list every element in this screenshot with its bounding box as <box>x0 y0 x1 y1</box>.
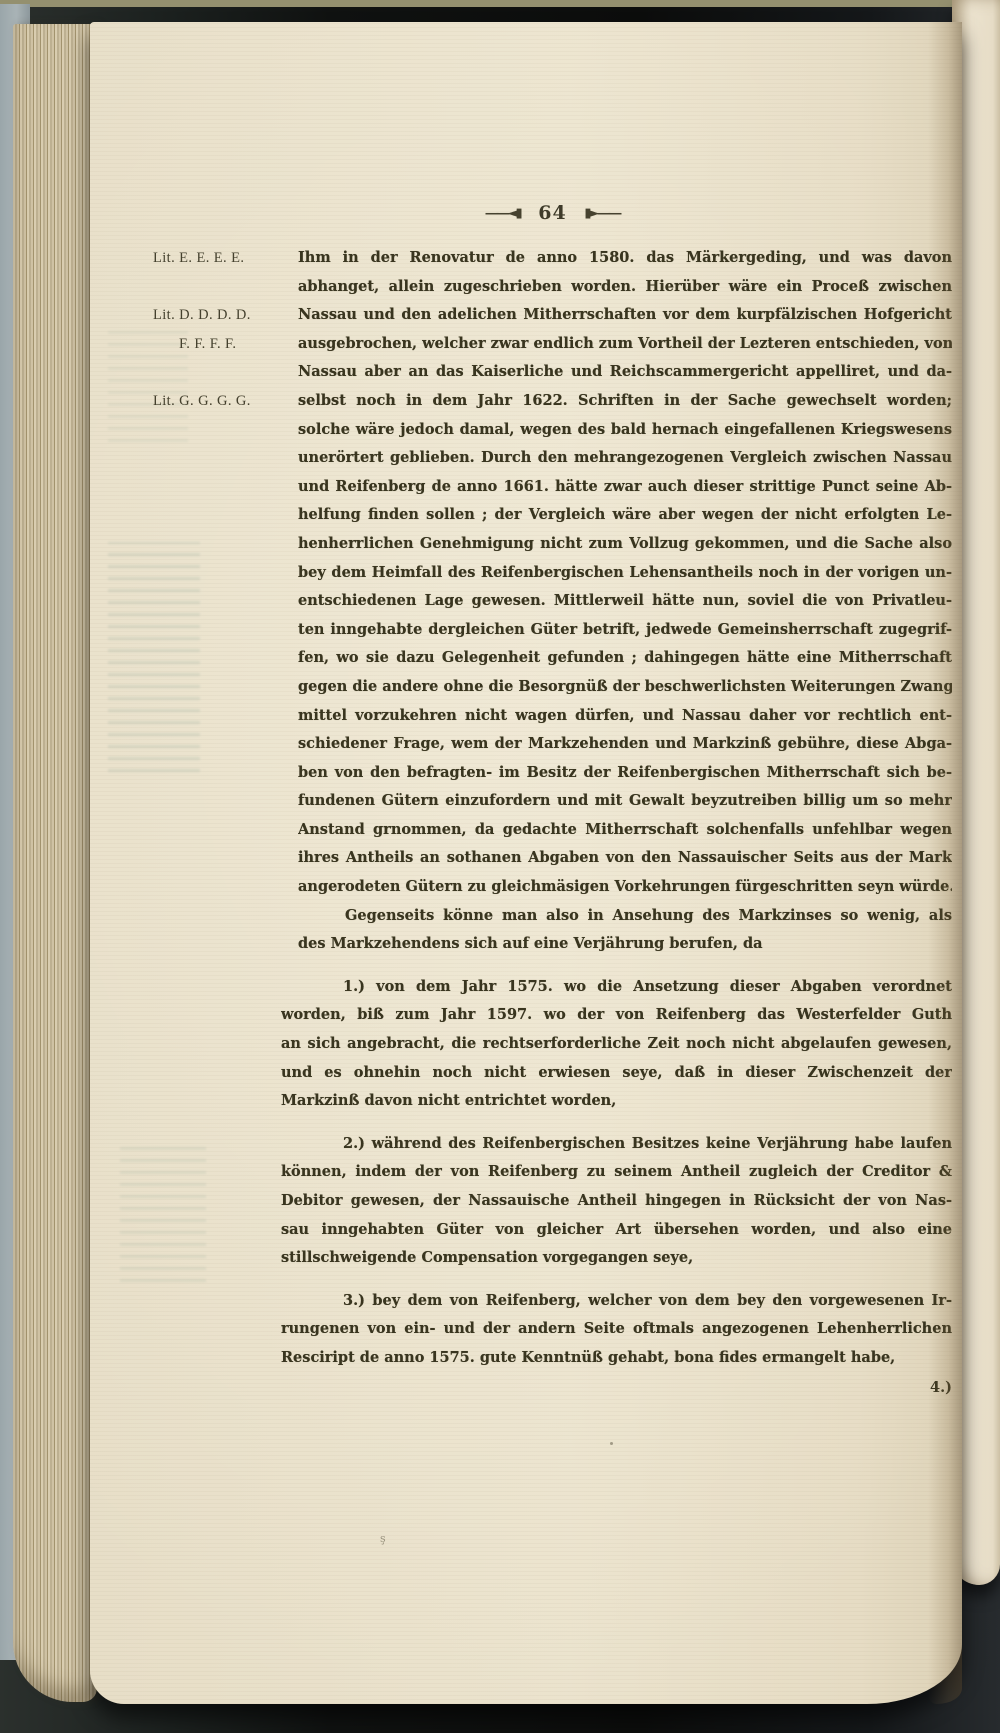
paragraph-area: Gegenseits könne man also in Ansehung de… <box>153 902 952 1373</box>
text-line: Markzinß davon nicht entrichtet worden, <box>281 1087 952 1116</box>
text-row: gegen die andere ohne die Besorgnüß der … <box>153 673 952 702</box>
margin-label <box>153 358 298 387</box>
margin-label <box>153 501 298 530</box>
annotated-block: Lit. E. E. E. E.Ihm in der Renovatur de … <box>153 244 952 902</box>
text-row: solche wäre jedoch damal, wegen des bald… <box>153 416 952 445</box>
text-row: helfung finden sollen ; der Vergleich wä… <box>153 501 952 530</box>
text-row: Lit. G. G. G. G.selbst noch in dem Jahr … <box>153 387 952 416</box>
paragraph: Gegenseits könne man also in Ansehung de… <box>298 902 952 959</box>
margin-label <box>153 444 298 473</box>
margin-label: F. F. F. F. <box>153 330 298 359</box>
text-line: 3.) bey dem von Reifenberg, welcher von … <box>281 1287 952 1316</box>
text-line: ten inngehabte dergleichen Güter betrift… <box>298 616 952 645</box>
text-row: ihres Antheils an sothanen Abgaben von d… <box>153 844 952 873</box>
margin-label <box>153 787 298 816</box>
text-line: selbst noch in dem Jahr 1622. Schriften … <box>298 387 952 416</box>
ink-speck <box>610 1442 613 1445</box>
margin-label <box>153 759 298 788</box>
text-line: fen, wo sie dazu Gelegenheit gefunden ; … <box>298 644 952 673</box>
text-row: Nassau aber an das Kaiserliche und Reich… <box>153 358 952 387</box>
text-line: ausgebrochen, welcher zwar endlich zum V… <box>298 330 952 359</box>
text-line: bey dem Heimfall des Reifenbergischen Le… <box>298 559 952 588</box>
text-line: ihres Antheils an sothanen Abgaben von d… <box>298 844 952 873</box>
text-line: sau inngehabten Güter von gleicher Art ü… <box>281 1216 952 1245</box>
text-row: Anstand grnommen, da gedachte Mitherrsch… <box>153 816 952 845</box>
margin-label <box>153 273 298 302</box>
text-line: henherrlichen Genehmigung nicht zum Voll… <box>298 530 952 559</box>
paragraph: 1.) von dem Jahr 1575. wo die Ansetzung … <box>281 973 952 1116</box>
text-line: unerörtert geblieben. Durch den mehrange… <box>298 444 952 473</box>
text-line: Debitor gewesen, der Nassauische Antheil… <box>281 1187 952 1216</box>
header-fleuron-left-icon: ――◄▮ <box>485 206 520 221</box>
text-line: entschiedenen Lage gewesen. Mittlerweil … <box>298 587 952 616</box>
text-row: bey dem Heimfall des Reifenbergischen Le… <box>153 559 952 588</box>
margin-label: Lit. D. D. D. D. <box>153 301 298 330</box>
text-line: schiedener Frage, wem der Markzehenden u… <box>298 730 952 759</box>
margin-label <box>153 702 298 731</box>
text-row: henherrlichen Genehmigung nicht zum Voll… <box>153 530 952 559</box>
paragraph: 2.) während des Reifenbergischen Besitze… <box>281 1130 952 1273</box>
text-line: Resciript de anno 1575. gute Kenntnüß ge… <box>281 1344 952 1373</box>
text-line: gegen die andere ohne die Besorgnüß der … <box>298 673 952 702</box>
margin-label <box>153 673 298 702</box>
text-row: ben von den befragten- im Besitz der Rei… <box>153 759 952 788</box>
margin-label <box>153 530 298 559</box>
text-line: Nassau und den adelichen Mitherrschaften… <box>298 301 952 330</box>
page-number: 64 <box>538 202 566 224</box>
text-line: und es ohnehin noch nicht erwiesen seye,… <box>281 1059 952 1088</box>
text-line: mittel vorzukehren nicht wagen dürfen, u… <box>298 702 952 731</box>
text-line: Anstand grnommen, da gedachte Mitherrsch… <box>298 816 952 845</box>
text-line: Nassau aber an das Kaiserliche und Reich… <box>298 358 952 387</box>
page-header: ――◄▮ 64 ▮►―― <box>153 202 952 224</box>
text-line: helfung finden sollen ; der Vergleich wä… <box>298 501 952 530</box>
text-line: solche wäre jedoch damal, wegen des bald… <box>298 416 952 445</box>
text-line: fundenen Gütern einzufordern und mit Gew… <box>298 787 952 816</box>
catchword: 4.) <box>153 1374 952 1403</box>
page-content: Lit. E. E. E. E.Ihm in der Renovatur de … <box>153 244 952 1402</box>
text-row: fundenen Gütern einzufordern und mit Gew… <box>153 787 952 816</box>
text-row: schiedener Frage, wem der Markzehenden u… <box>153 730 952 759</box>
text-row: ten inngehabte dergleichen Güter betrift… <box>153 616 952 645</box>
text-line: 2.) während des Reifenbergischen Besitze… <box>281 1130 952 1159</box>
text-line: Ihm in der Renovatur de anno 1580. das M… <box>298 244 952 273</box>
margin-label <box>153 873 298 902</box>
text-line: Gegenseits könne man also in Ansehung de… <box>298 902 952 931</box>
text-row: abhanget, allein zugeschrieben worden. H… <box>153 273 952 302</box>
scan-top-edge <box>0 0 1000 7</box>
text-row: unerörtert geblieben. Durch den mehrange… <box>153 444 952 473</box>
text-row: angerodeten Gütern zu gleichmäsigen Vork… <box>153 873 952 902</box>
margin-label: Lit. E. E. E. E. <box>153 244 298 273</box>
margin-label <box>153 587 298 616</box>
paragraph: 3.) bey dem von Reifenberg, welcher von … <box>281 1287 952 1373</box>
margin-label: Lit. G. G. G. G. <box>153 387 298 416</box>
header-fleuron-right-icon: ▮►―― <box>584 206 619 221</box>
margin-label <box>153 473 298 502</box>
text-row: mittel vorzukehren nicht wagen dürfen, u… <box>153 702 952 731</box>
text-line: und Reifenberg de anno 1661. hätte zwar … <box>298 473 952 502</box>
text-line: an sich angebracht, die rechtserforderli… <box>281 1030 952 1059</box>
text-line: worden, biß zum Jahr 1597. wo der von Re… <box>281 1001 952 1030</box>
text-line: des Markzehendens sich auf eine Verjähru… <box>298 930 952 959</box>
text-row: Lit. E. E. E. E.Ihm in der Renovatur de … <box>153 244 952 273</box>
margin-label <box>153 730 298 759</box>
margin-label <box>153 644 298 673</box>
page-fore-edge-stack <box>13 24 97 1702</box>
text-row: und Reifenberg de anno 1661. hätte zwar … <box>153 473 952 502</box>
text-row: fen, wo sie dazu Gelegenheit gefunden ; … <box>153 644 952 673</box>
text-line: ben von den befragten- im Besitz der Rei… <box>298 759 952 788</box>
margin-label <box>153 816 298 845</box>
text-line: abhanget, allein zugeschrieben worden. H… <box>298 273 952 302</box>
book-page: ş ――◄▮ 64 ▮►―― Lit. E. E. E. E.Ihm in de… <box>90 22 962 1704</box>
margin-label <box>153 616 298 645</box>
text-row: entschiedenen Lage gewesen. Mittlerweil … <box>153 587 952 616</box>
text-row: Lit. D. D. D. D.Nassau und den adelichen… <box>153 301 952 330</box>
text-line: stillschweigende Compensation vorgegange… <box>281 1244 952 1273</box>
margin-label <box>153 559 298 588</box>
text-row: F. F. F. F.ausgebrochen, welcher zwar en… <box>153 330 952 359</box>
ink-speck: ş <box>380 1532 386 1545</box>
text-line: rungenen von ein- und der andern Seite o… <box>281 1315 952 1344</box>
book-scan: ş ――◄▮ 64 ▮►―― Lit. E. E. E. E.Ihm in de… <box>0 0 1000 1733</box>
margin-label <box>153 844 298 873</box>
text-line: 1.) von dem Jahr 1575. wo die Ansetzung … <box>281 973 952 1002</box>
text-line: können, indem der von Reifenberg zu sein… <box>281 1158 952 1187</box>
margin-label <box>153 416 298 445</box>
text-line: angerodeten Gütern zu gleichmäsigen Vork… <box>298 873 952 902</box>
